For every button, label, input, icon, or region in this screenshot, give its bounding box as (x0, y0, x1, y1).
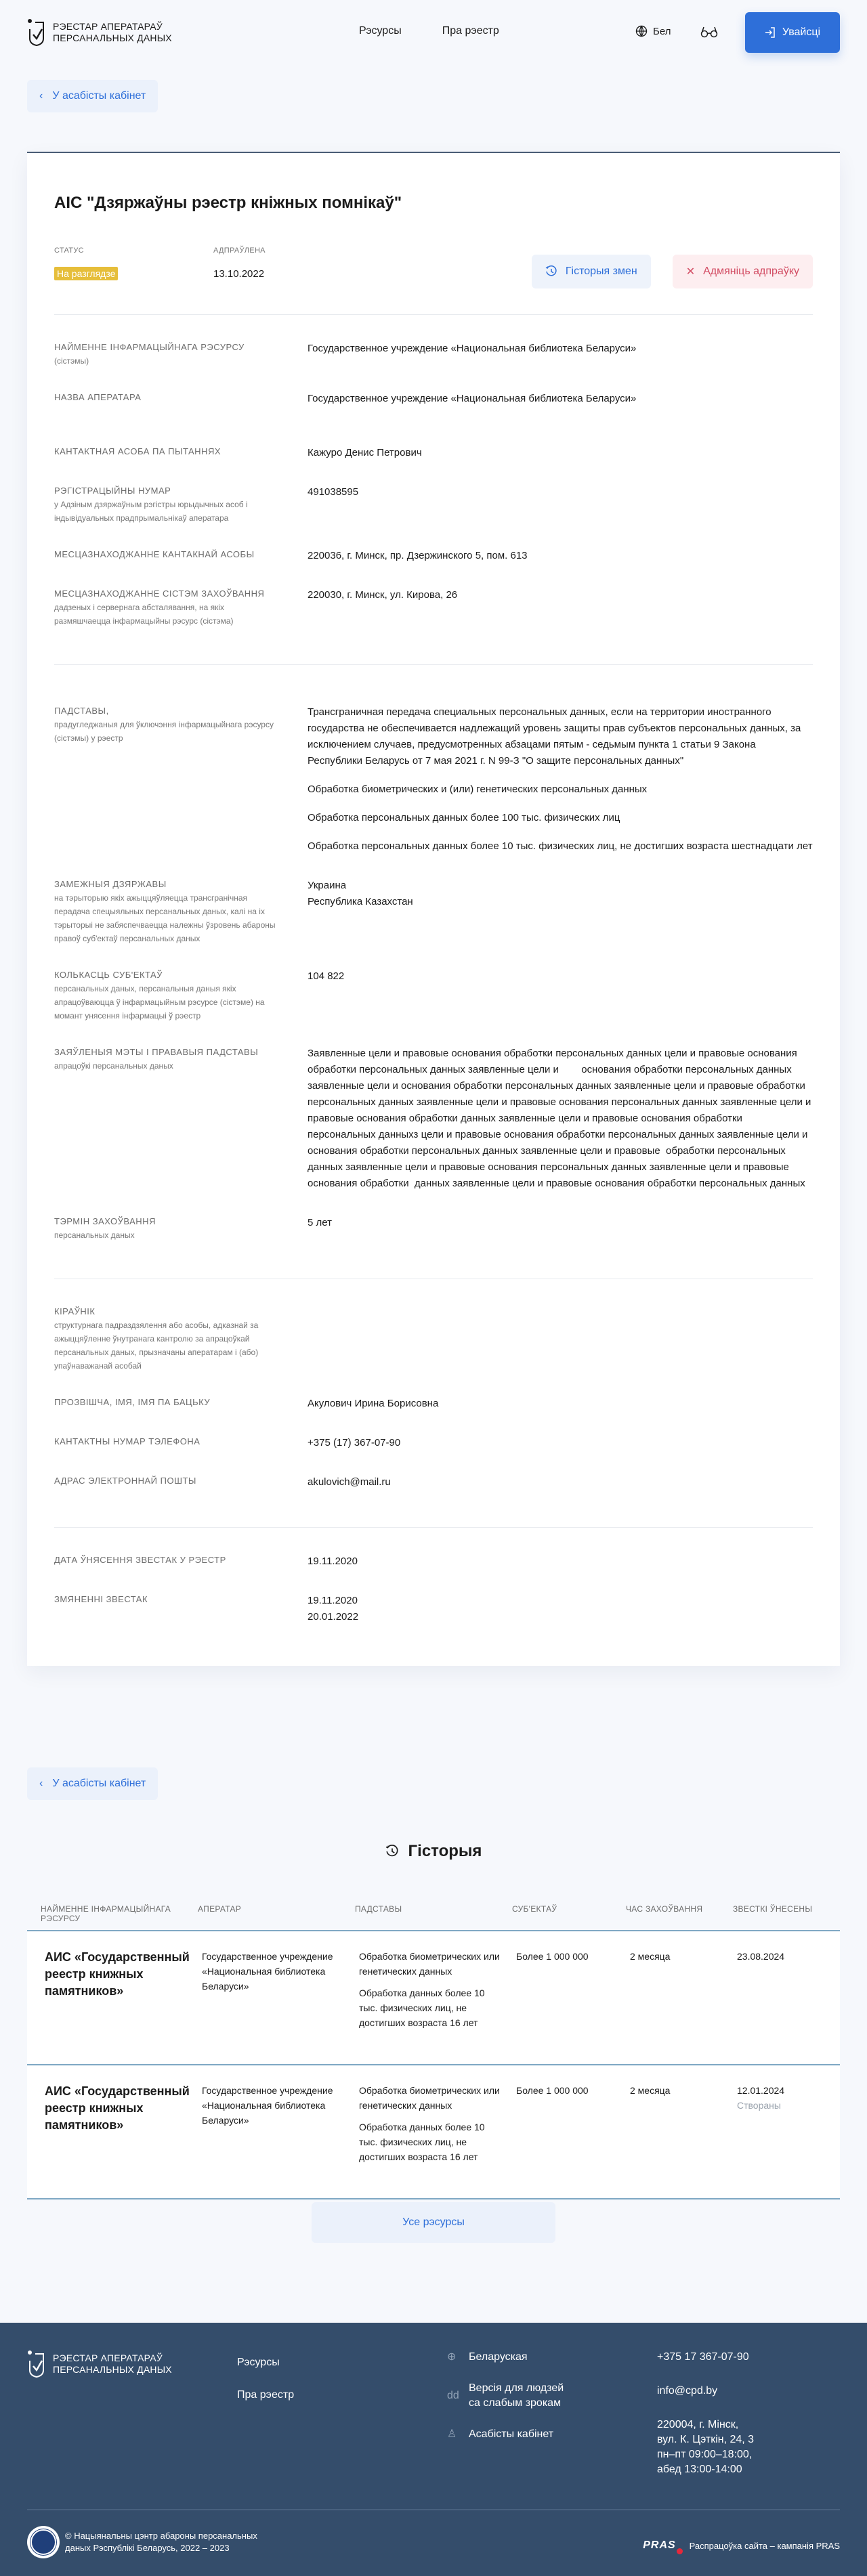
close-icon: ✕ (686, 265, 695, 278)
cancel-submission-button[interactable]: ✕ Адмяніць адпраўку (673, 255, 813, 288)
shield-check-icon (27, 2350, 47, 2378)
glasses-icon (700, 26, 718, 38)
subjects: Более 1 000 000 (516, 1949, 630, 2037)
footer-nav-about[interactable]: Пра рэестр (237, 2389, 294, 2401)
ground-item: Обработка персональных данных более 100 … (308, 810, 813, 826)
field-change-dates: ЗМЯНЕННІ ЗВЕСТАК 19.11.2020 20.01.2022 (54, 1593, 813, 1625)
nav-resources[interactable]: Рэсурсы (359, 25, 402, 37)
field-row: МЕСЦАЗНАХОДЖАННЕ СІСТЭМ ЗАХОЎВАННЯдадзен… (54, 587, 813, 628)
all-resources-button[interactable]: Усе рэсурсы (312, 2202, 555, 2243)
low-vision-toggle[interactable] (700, 26, 718, 41)
entry-date: 23.08.2024 (737, 1949, 826, 1964)
back-to-cabinet-button[interactable]: ‹ У асабісты кабінет (27, 80, 158, 112)
status-label: СТАТУС (54, 246, 213, 255)
footer-address: 220004, г. Мінск, вул. К. Цэткін, 24, 3 … (657, 2418, 754, 2477)
record-card: АІС "Дзяржаўны рэестр кніжных помнікаў" … (27, 152, 840, 1666)
table-row[interactable]: АИС «Государственный реестр книжных памя… (27, 2065, 840, 2199)
operator: Государственное учреждение «Национальная… (202, 1949, 359, 2037)
history-heading: Гісторыя (0, 1842, 867, 1861)
table-header: НАЙМЕННЕ ІНФАРМАЦЫЙНАГА РЭСУРСУ АПЕРАТАР… (27, 1904, 840, 1931)
language-label: Бел (653, 26, 671, 37)
section-dates: ДАТА ЎНЯСЕННЯ ЗВЕСТАК У РЭЕСТР 19.11.202… (54, 1528, 813, 1625)
field-row: НАЙМЕННЕ ІНФАРМАЦЫЙНАГА РЭСУРСУ(сістэмы)… (54, 341, 813, 368)
footer-cabinet[interactable]: ♙ Асабісты кабінет (447, 2427, 564, 2442)
field-entered-date: ДАТА ЎНЯСЕННЯ ЗВЕСТАК У РЭЕСТР 19.11.202… (54, 1553, 813, 1570)
sent-date: 13.10.2022 (213, 268, 373, 280)
globe-icon (635, 25, 648, 37)
record-title: АІС "Дзяржаўны рэестр кніжных помнікаў" (54, 153, 813, 213)
footer-nav-resources[interactable]: Рэсурсы (237, 2357, 294, 2369)
storage-time: 2 месяца (630, 2083, 737, 2171)
table-row[interactable]: АИС «Государственный реестр книжных памя… (27, 1931, 840, 2065)
ground-item: Обработка биометрических и (или) генетич… (308, 781, 813, 798)
history-button[interactable]: Гісторыя змен (532, 255, 651, 288)
logo-line-2: ПЕРСАНАЛЬНЫХ ДАНЫХ (53, 33, 172, 44)
history-table: НАЙМЕННЕ ІНФАРМАЦЫЙНАГА РЭСУРСУ АПЕРАТАР… (27, 1904, 840, 2199)
field-row: НАЗВА АПЕРАТАРАГосударственное учреждени… (54, 391, 813, 407)
field-row: КАНТАКТНАЯ АСОБА ПА ПЫТАННЯХКажуро Денис… (54, 445, 813, 461)
language-switcher[interactable]: Бел (635, 25, 671, 37)
shield-check-icon (27, 18, 47, 47)
section-processing: ПАДСТАВЫ, прадугледжаныя для ўключэння і… (54, 665, 813, 1279)
field-row: ПРОЗВІШЧА, ІМЯ, ІМЯ ПА БАЦЬКУАкулович Ир… (54, 1396, 813, 1412)
field-storage-term: ТЭРМІН ЗАХОЎВАННЯ персанальных даных 5 л… (54, 1215, 813, 1242)
entry-date: 12.01.2024 (737, 2083, 826, 2098)
user-icon: ♙ (447, 2427, 461, 2442)
status-row: СТАТУС На разглядзе АДПРАЎЛЕНА 13.10.202… (54, 246, 813, 301)
main-nav: Рэсурсы Пра рэестр (359, 25, 499, 37)
field-row: РЭГІСТРАЦЫЙНЫ НУМАРу Адзіным дзяржаўным … (54, 484, 813, 525)
footer-language[interactable]: ⊕ Беларуская (447, 2350, 564, 2365)
footer-phone[interactable]: +375 17 367-07-90 (657, 2350, 754, 2365)
developer-credit[interactable]: PRAS Распрацоўка сайта – кампанія PRAS (643, 2539, 840, 2552)
field-countries: ЗАМЕЖНЫЯ ДЗЯРЖАВЫ на тэрыторыю якіх ажыц… (54, 878, 813, 945)
grounds: Обработка биометрических или генетически… (359, 2083, 516, 2171)
sent-label: АДПРАЎЛЕНА (213, 246, 373, 255)
field-subjects: КОЛЬКАСЦЬ СУБ'ЕКТАЎ персанальных даных, … (54, 968, 813, 1023)
field-row: МЕСЦАЗНАХОДЖАННЕ КАНТАКНАЙ АСОБЫ220036, … (54, 548, 813, 564)
nav-about[interactable]: Пра рэестр (442, 25, 499, 37)
site-footer: РЭЕСТАР АПЕРАТАРАЎ ПЕРСАНАЛЬНЫХ ДАНЫХ Рэ… (0, 2323, 867, 2576)
section-head: КІРАЎНІК структурнага падраздзялення або… (54, 1279, 813, 1527)
login-icon (765, 26, 776, 39)
pras-logo: PRAS (643, 2539, 675, 2552)
resource-name[interactable]: АИС «Государственный реестр книжных памя… (45, 2083, 202, 2171)
entry-note: Створаны (737, 2098, 826, 2113)
footer-low-vision[interactable]: ԁԁ Версія для людзейса слабым зрокам (447, 2381, 564, 2411)
history-icon (545, 265, 557, 278)
field-grounds: ПАДСТАВЫ, прадугледжаныя для ўключэння і… (54, 704, 813, 855)
footer-nav: Рэсурсы Пра рэестр (237, 2357, 294, 2401)
subjects: Более 1 000 000 (516, 2083, 630, 2171)
login-button[interactable]: Увайсці (745, 12, 840, 53)
divider (27, 2509, 840, 2510)
ground-item: Обработка персональных данных более 10 т… (308, 838, 813, 855)
footer-logo[interactable]: РЭЕСТАР АПЕРАТАРАЎ ПЕРСАНАЛЬНЫХ ДАНЫХ (27, 2350, 172, 2378)
site-logo[interactable]: РЭЕСТАР АПЕРАТАРАЎ ПЕРСАНАЛЬНЫХ ДАНЫХ (27, 18, 172, 47)
copyright: © Нацыянальны цэнтр абароны персанальных… (27, 2526, 257, 2558)
field-row: АДРАС ЭЛЕКТРОННАЙ ПОШТЫakulovich@mail.ru (54, 1474, 813, 1490)
footer-email[interactable]: info@cpd.by (657, 2384, 754, 2399)
field-head: КІРАЎНІК структурнага падраздзялення або… (54, 1305, 813, 1373)
resource-name[interactable]: АИС «Государственный реестр книжных памя… (45, 1949, 202, 2037)
operator: Государственное учреждение «Национальная… (202, 2083, 359, 2171)
site-header: РЭЕСТАР АПЕРАТАРАЎ ПЕРСАНАЛЬНЫХ ДАНЫХ Рэ… (0, 0, 867, 65)
back-to-cabinet-button-bottom[interactable]: ‹ У асабісты кабінет (27, 1767, 158, 1800)
ground-item: Трансграничная передача специальных перс… (308, 704, 813, 769)
storage-time: 2 месяца (630, 1949, 737, 2037)
globe-icon: ⊕ (447, 2350, 461, 2365)
footer-contacts: +375 17 367-07-90 info@cpd.by 220004, г.… (657, 2350, 754, 2496)
history-icon (385, 1845, 399, 1858)
field-row: КАНТАКТНЫ НУМАР ТЭЛЕФОНА+375 (17) 367-07… (54, 1435, 813, 1451)
field-purposes: ЗАЯЎЛЕНЫЯ МЭТЫ І ПРАВАВЫЯ ПАДСТАВЫ апрац… (54, 1046, 813, 1192)
ncpd-seal-icon (27, 2526, 60, 2558)
login-label: Увайсці (782, 26, 820, 39)
grounds: Обработка биометрических или генетически… (359, 1949, 516, 2037)
glasses-icon: ԁԁ (447, 2388, 461, 2403)
logo-line-1: РЭЕСТАР АПЕРАТАРАЎ (53, 21, 172, 33)
section-general: НАЙМЕННЕ ІНФАРМАЦЫЙНАГА РЭСУРСУ(сістэмы)… (54, 315, 813, 664)
chevron-left-icon: ‹ (39, 90, 43, 102)
status-badge: На разглядзе (54, 267, 118, 280)
chevron-left-icon: ‹ (39, 1778, 43, 1790)
